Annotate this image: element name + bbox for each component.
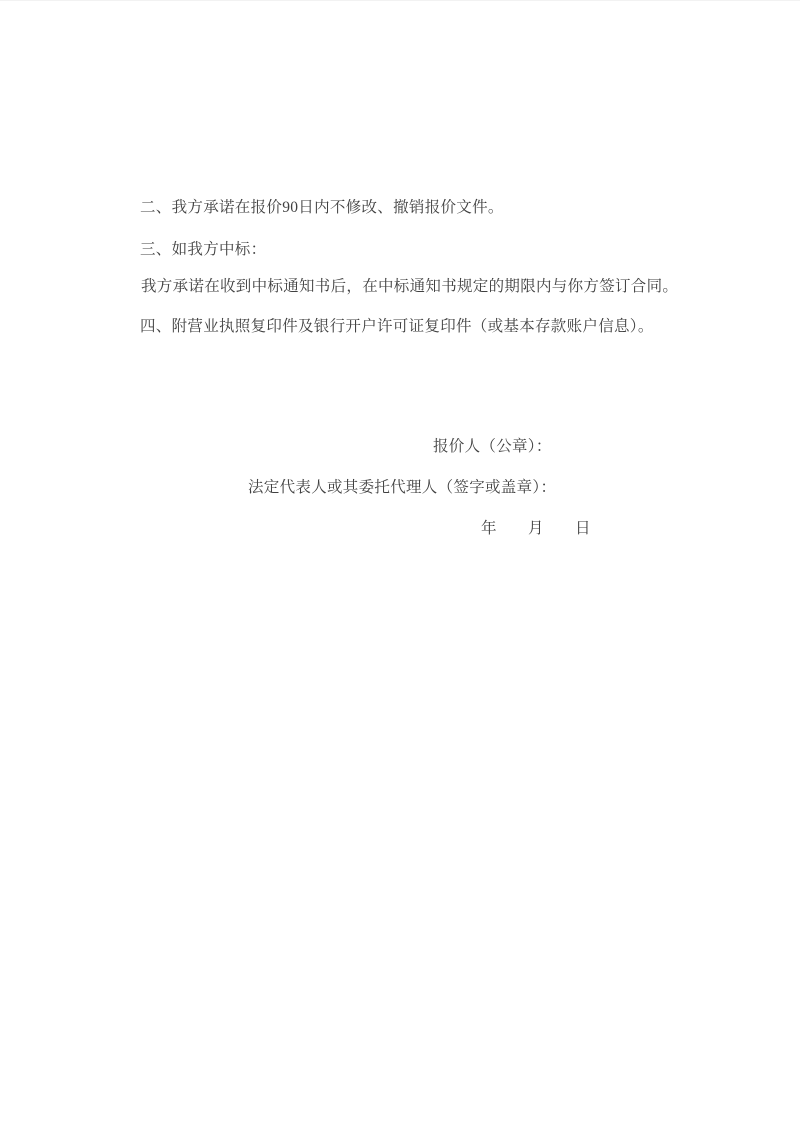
date-month-label: 月 <box>528 520 544 537</box>
clause-3-text: 三、如我方中标： <box>140 241 266 258</box>
signature-date-line: 年 月 日 <box>481 520 591 537</box>
clause-4-text: 四、附营业执照复印件及银行开户许可证复印件（或基本存款账户信息）。 <box>140 318 654 335</box>
clause-2-text: 二、我方承诺在报价90日内不修改、撤销报价文件。 <box>140 199 504 216</box>
clause-3-detail-text: 我方承诺在收到中标通知书后，在中标通知书规定的期限内与你方签订合同。 <box>141 278 678 295</box>
signature-representative-label: 法定代表人或其委托代理人（签字或盖章）： <box>248 479 556 496</box>
date-day-label: 日 <box>575 520 591 537</box>
date-year-label: 年 <box>481 520 497 537</box>
signature-quoter-label: 报价人（公章）： <box>433 438 552 455</box>
document-page: 二、我方承诺在报价90日内不修改、撤销报价文件。 三、如我方中标： 我方承诺在收… <box>0 0 800 1131</box>
